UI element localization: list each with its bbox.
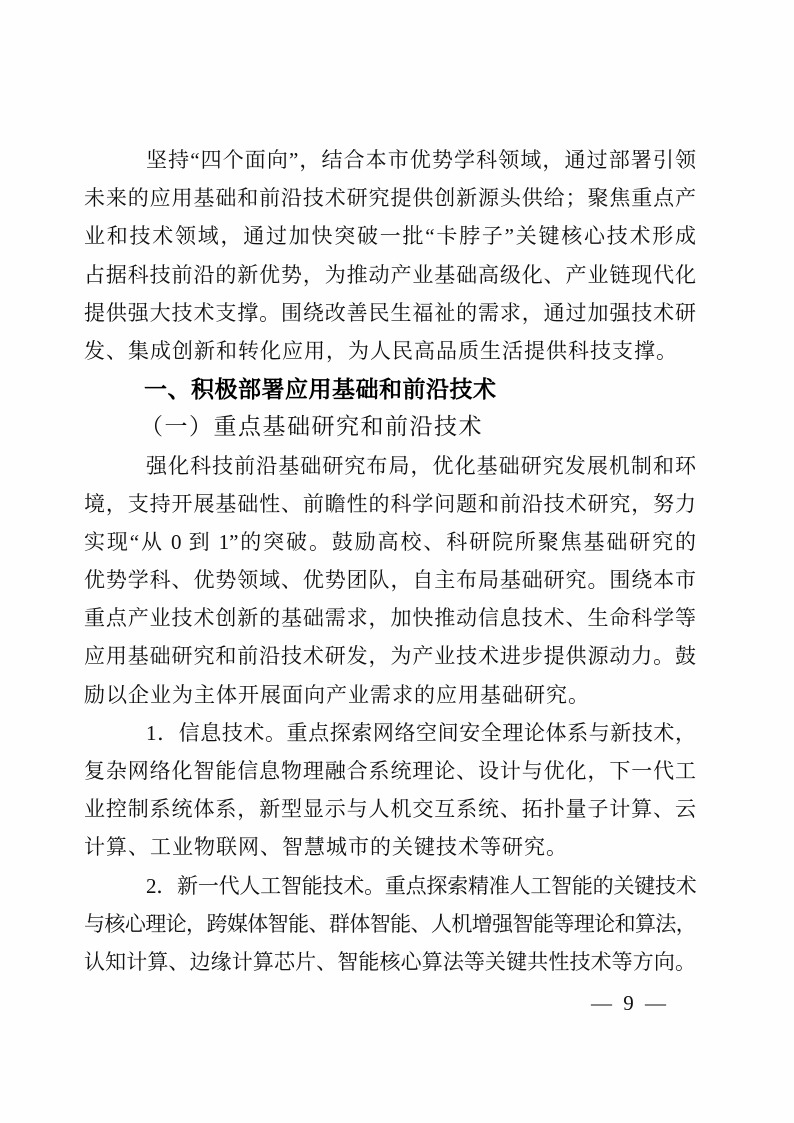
text-line: 境，支持开展基础性、前瞻性的科学问题和前沿技术研究，努力 (84, 485, 696, 523)
text-line: 坚持“四个面向”，结合本市优势学科领域，通过部署引领 (84, 141, 696, 179)
paragraph: 1．信息技术。重点探索网络空间安全理论体系与新技术， 复杂网络化智能信息物理融合… (84, 714, 696, 867)
text-line: 占据科技前沿的新优势，为推动产业基础高级化、产业链现代化 (84, 256, 696, 294)
text-line: 优势学科、优势领域、优势团队，自主布局基础研究。围绕本市 (84, 561, 696, 599)
text-line: 与核心理论，跨媒体智能、群体智能、人机增强智能等理论和算法， (84, 905, 696, 943)
text-line: 励以企业为主体开展面向产业需求的应用基础研究。 (84, 676, 696, 714)
text-line: 应用基础研究和前沿技术研发，为产业技术进步提供源动力。鼓 (84, 637, 696, 675)
text-line: 实现“从 0 到 1”的突破。鼓励高校、科研院所聚焦基础研究的 (84, 523, 696, 561)
page-number: — 9 — (591, 991, 667, 1015)
paragraph: 强化科技前沿基础研究布局，优化基础研究发展机制和环 境，支持开展基础性、前瞻性的… (84, 447, 696, 714)
subsection-heading: （一）重点基础研究和前沿技术 (84, 408, 696, 446)
text-line: 业控制系统体系，新型显示与人机交互系统、拓扑量子计算、云 (84, 790, 696, 828)
text-line: 提供强大技术支撑。围绕改善民生福祉的需求，通过加强技术研 (84, 294, 696, 332)
text-line: 发、集成创新和转化应用，为人民高品质生活提供科技支撑。 (84, 332, 696, 370)
text-line: 复杂网络化智能信息物理融合系统理论、设计与优化，下一代工 (84, 752, 696, 790)
text-line: 认知计算、边缘计算芯片、智能核心算法等关键共性技术等方向。 (84, 943, 696, 981)
text-line: 1．信息技术。重点探索网络空间安全理论体系与新技术， (84, 714, 696, 752)
text-line: 2．新一代人工智能技术。重点探索精准人工智能的关键技术 (84, 867, 696, 905)
document-page: 坚持“四个面向”，结合本市优势学科领域，通过部署引领 未来的应用基础和前沿技术研… (0, 0, 794, 1123)
text-line: 计算、工业物联网、智慧城市的关键技术等研究。 (84, 828, 696, 866)
text-line: 重点产业技术创新的基础需求，加快推动信息技术、生命科学等 (84, 599, 696, 637)
paragraph: 坚持“四个面向”，结合本市优势学科领域，通过部署引领 未来的应用基础和前沿技术研… (84, 141, 696, 370)
section-heading: 一、积极部署应用基础和前沿技术 (84, 370, 696, 408)
text-line: 未来的应用基础和前沿技术研究提供创新源头供给；聚焦重点产 (84, 179, 696, 217)
text-line: 强化科技前沿基础研究布局，优化基础研究发展机制和环 (84, 447, 696, 485)
document-body: 坚持“四个面向”，结合本市优势学科领域，通过部署引领 未来的应用基础和前沿技术研… (84, 141, 696, 981)
text-line: 业和技术领域，通过加快突破一批“卡脖子”关键核心技术形成 (84, 217, 696, 255)
paragraph: 2．新一代人工智能技术。重点探索精准人工智能的关键技术 与核心理论，跨媒体智能、… (84, 867, 696, 982)
